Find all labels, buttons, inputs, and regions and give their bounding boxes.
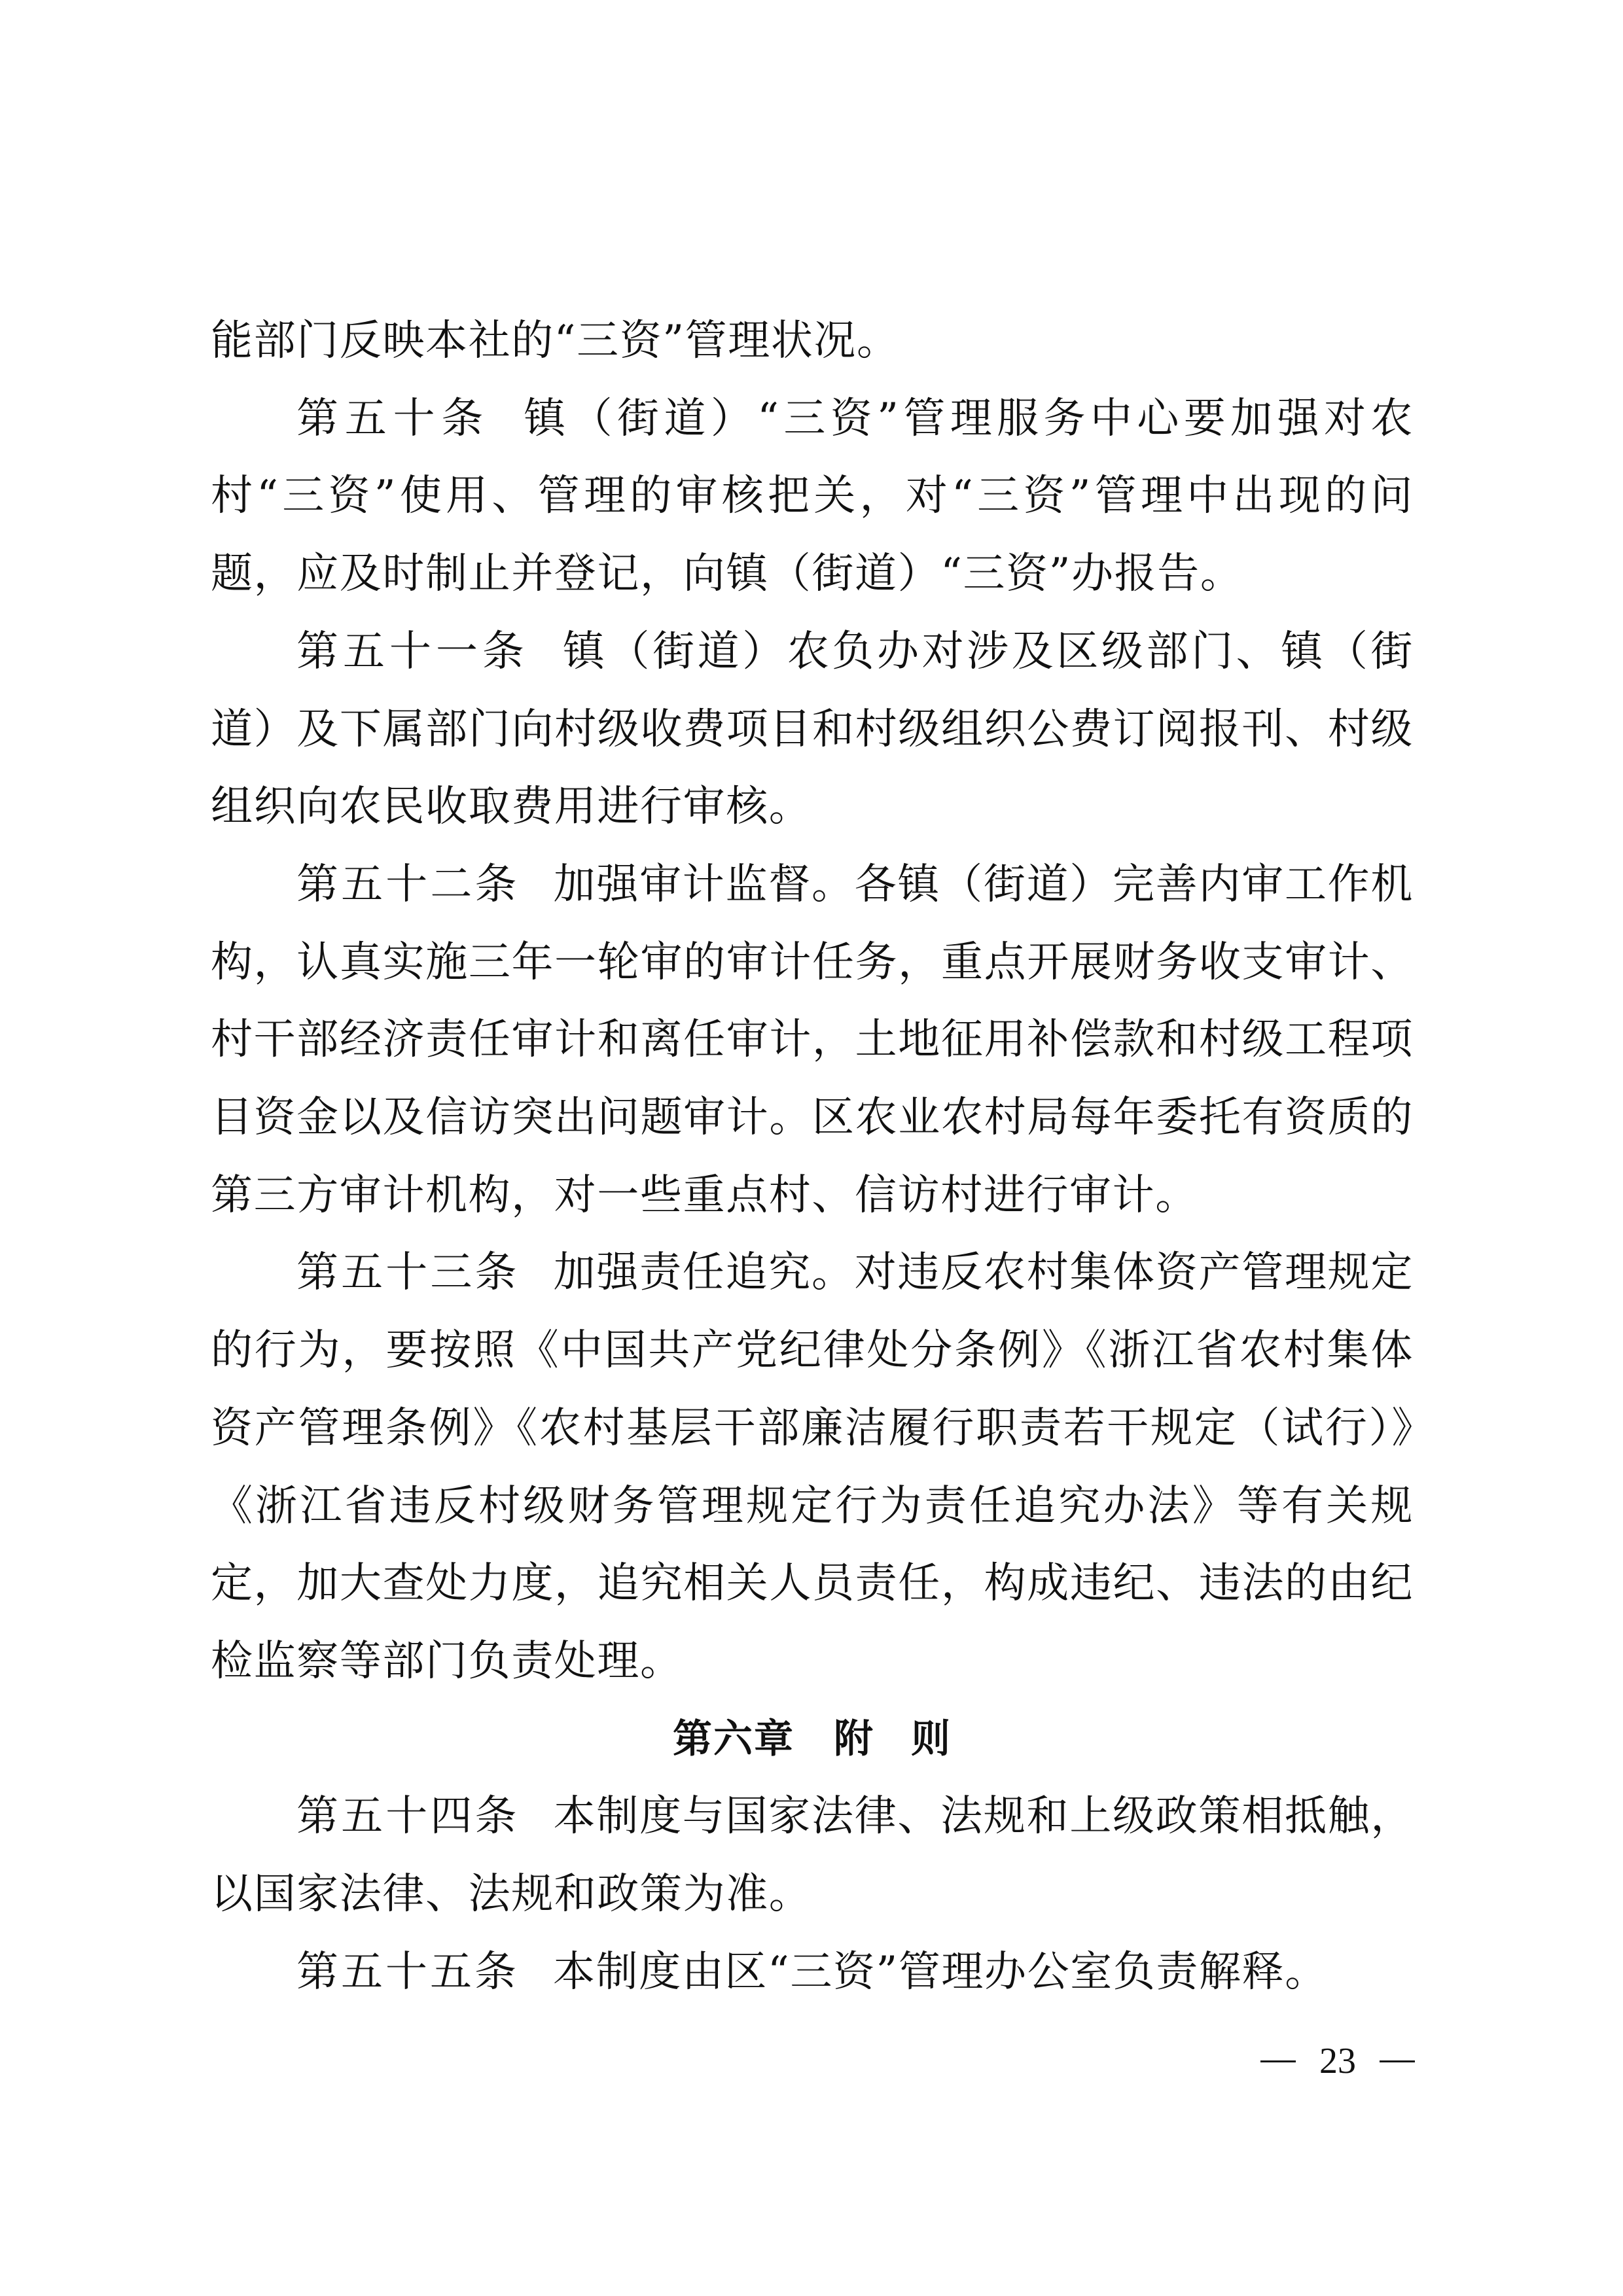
article-text: 加强审计监督。各镇（街道）完善内审工作机构，认真实施三年一轮审的审计任务，重点开… xyxy=(211,860,1414,1220)
chapter-heading: 第六章附则 xyxy=(211,1701,1414,1778)
article-50: 第五十条镇（街道）“三资”管理服务中心要加强对农村“三资”使用、管理的审核把关，… xyxy=(211,380,1414,613)
article-label: 第五十四条 xyxy=(296,1792,520,1841)
article-label: 第五十二条 xyxy=(296,860,520,909)
page-number: 23 xyxy=(1260,2035,1415,2087)
article-52: 第五十二条加强审计监督。各镇（街道）完善内审工作机构，认真实施三年一轮审的审计任… xyxy=(211,846,1414,1235)
paragraph-continuation: 能部门反映本社的“三资”管理状况。 xyxy=(211,302,1414,380)
article-51: 第五十一条镇（街道）农负办对涉及区级部门、镇（街道）及下属部门向村级收费项目和村… xyxy=(211,613,1414,846)
article-text: 本制度由区“三资”管理办公室负责解释。 xyxy=(553,1948,1328,1996)
chapter-number: 第六章 xyxy=(673,1716,794,1762)
article-54: 第五十四条本制度与国家法律、法规和上级政策相抵触，以国家法律、法规和政策为准。 xyxy=(211,1778,1414,1933)
document-body: 能部门反映本社的“三资”管理状况。 第五十条镇（街道）“三资”管理服务中心要加强… xyxy=(211,302,1414,2011)
article-label: 第五十一条 xyxy=(296,627,529,676)
chapter-title-part2: 则 xyxy=(911,1716,952,1762)
page-number-value: 23 xyxy=(1319,2035,1356,2087)
article-label: 第五十五条 xyxy=(296,1948,519,1996)
document-page: 能部门反映本社的“三资”管理状况。 第五十条镇（街道）“三资”管理服务中心要加强… xyxy=(0,0,1623,2296)
article-label: 第五十三条 xyxy=(296,1248,520,1297)
left-dash xyxy=(1260,2060,1296,2062)
chapter-title-part1: 附 xyxy=(834,1716,874,1762)
article-text: 加强责任追究。对违反农村集体资产管理规定的行为，要按照《中国共产党纪律处分条例》… xyxy=(211,1248,1414,1686)
right-dash xyxy=(1380,2060,1415,2062)
article-53: 第五十三条加强责任追究。对违反农村集体资产管理规定的行为，要按照《中国共产党纪律… xyxy=(211,1234,1414,1700)
paragraph-text: 能部门反映本社的“三资”管理状况。 xyxy=(211,317,900,365)
article-55: 第五十五条本制度由区“三资”管理办公室负责解释。 xyxy=(211,1934,1414,2011)
article-label: 第五十条 xyxy=(296,395,490,443)
